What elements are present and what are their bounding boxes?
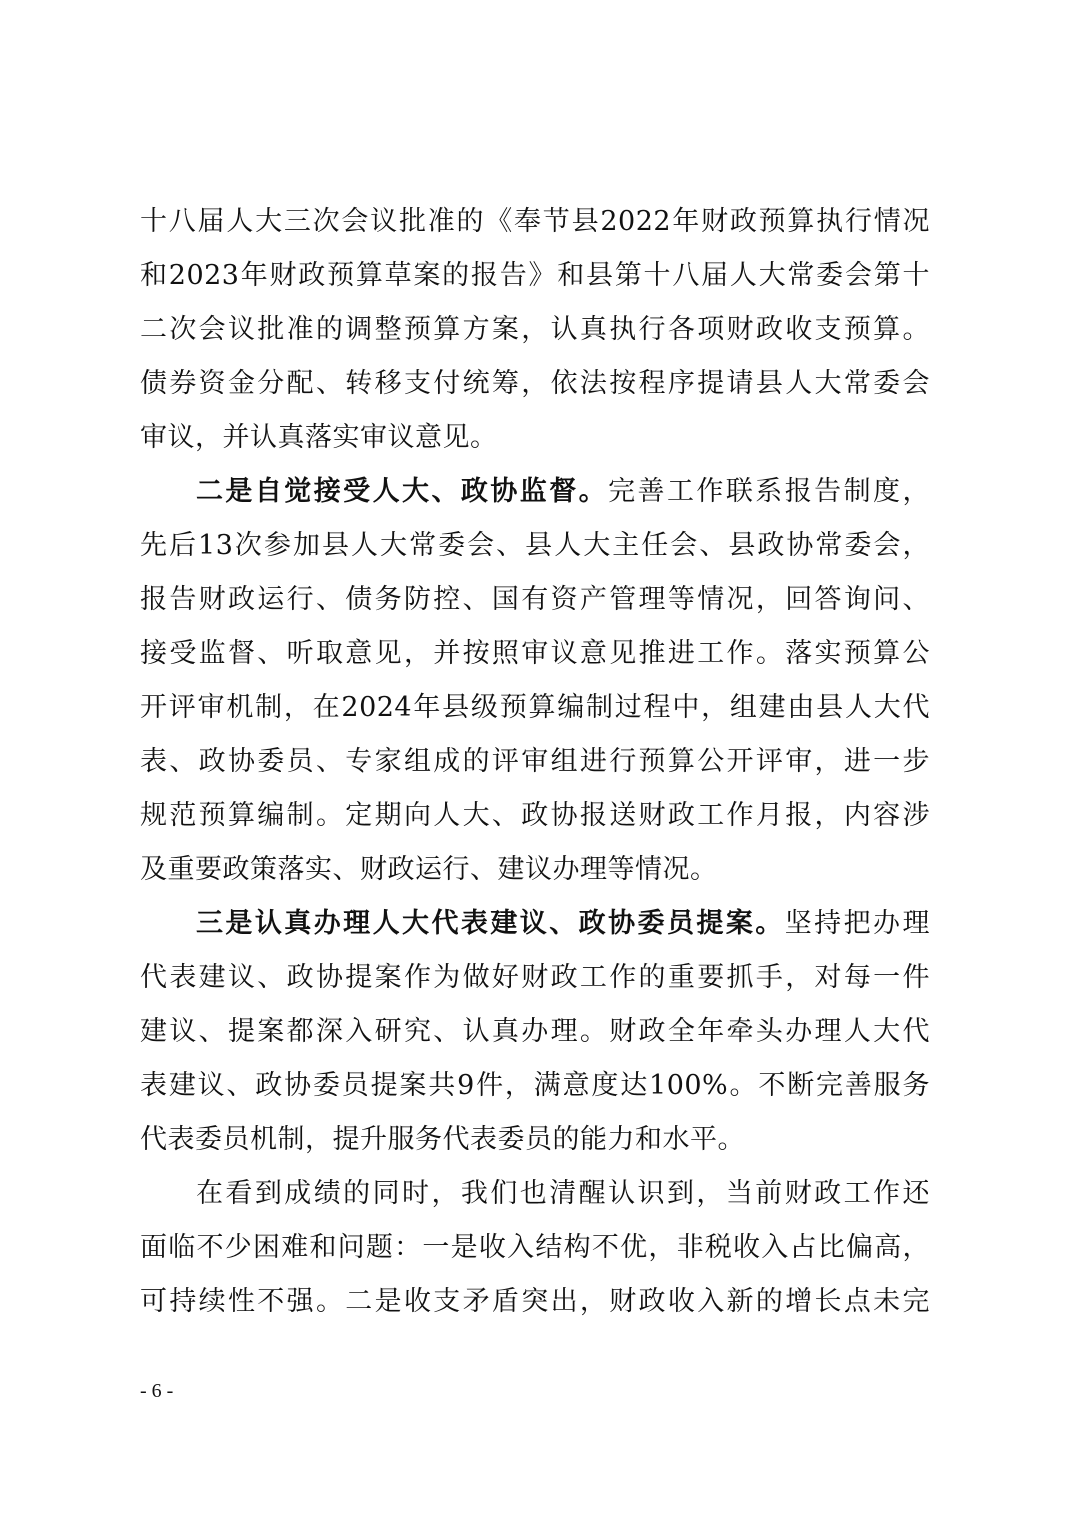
text-line: 代表建议、政协提案作为做好财政工作的重要抓手，对每一件 (140, 958, 930, 998)
text-run: 坚持把办理 (785, 908, 930, 939)
text-line: 接受监督、听取意见，并按照审议意见推进工作。落实预算公 (140, 634, 930, 674)
text-line: 建议、提案都深入研究、认真办理。财政全年牵头办理人大代 (140, 1012, 930, 1052)
text-line: 可持续性不强。二是收支矛盾突出，财政收入新的增长点未完 (140, 1282, 930, 1322)
text-line: 及重要政策落实、财政运行、建议办理等情况。 (140, 850, 930, 890)
text-line: 审议，并认真落实审议意见。 (140, 418, 930, 458)
text-line: 表建议、政协委员提案共9件，满意度达100%。不断完善服务 (140, 1066, 930, 1106)
text-line: 规范预算编制。定期向人大、政协报送财政工作月报，内容涉 (140, 796, 930, 836)
text-line: 十八届人大三次会议批准的《奉节县2022年财政预算执行情况 (140, 202, 930, 242)
text-line: 开评审机制，在2024年县级预算编制过程中，组建由县人大代 (140, 688, 930, 728)
text-line: 先后13次参加县人大常委会、县人大主任会、县政协常委会， (140, 526, 930, 566)
paragraph-heading: 三是认真办理人大代表建议、政协委员提案。 (196, 908, 785, 939)
text-line: 债券资金分配、转移支付统筹，依法按程序提请县人大常委会 (140, 364, 930, 404)
text-line: 报告财政运行、债务防控、国有资产管理等情况，回答询问、 (140, 580, 930, 620)
text-line: 和2023年财政预算草案的报告》和县第十八届人大常委会第十 (140, 256, 930, 296)
page-number: - 6 - (140, 1380, 173, 1403)
document-page: 十八届人大三次会议批准的《奉节县2022年财政预算执行情况 和2023年财政预算… (0, 0, 1069, 1514)
text-line: 面临不少困难和问题：一是收入结构不优，非税收入占比偏高， (140, 1228, 930, 1268)
text-run: 完善工作联系报告制度， (608, 476, 930, 507)
text-line: 二次会议批准的调整预算方案，认真执行各项财政收支预算。 (140, 310, 930, 350)
paragraph-first-line: 三是认真办理人大代表建议、政协委员提案。坚持把办理 (196, 904, 930, 944)
text-line: 在看到成绩的同时，我们也清醒认识到，当前财政工作还 (196, 1174, 930, 1214)
text-line: 代表委员机制，提升服务代表委员的能力和水平。 (140, 1120, 930, 1160)
paragraph-heading: 二是自觉接受人大、政协监督。 (196, 476, 608, 507)
text-line: 表、政协委员、专家组成的评审组进行预算公开评审，进一步 (140, 742, 930, 782)
paragraph-first-line: 二是自觉接受人大、政协监督。完善工作联系报告制度， (196, 472, 930, 512)
